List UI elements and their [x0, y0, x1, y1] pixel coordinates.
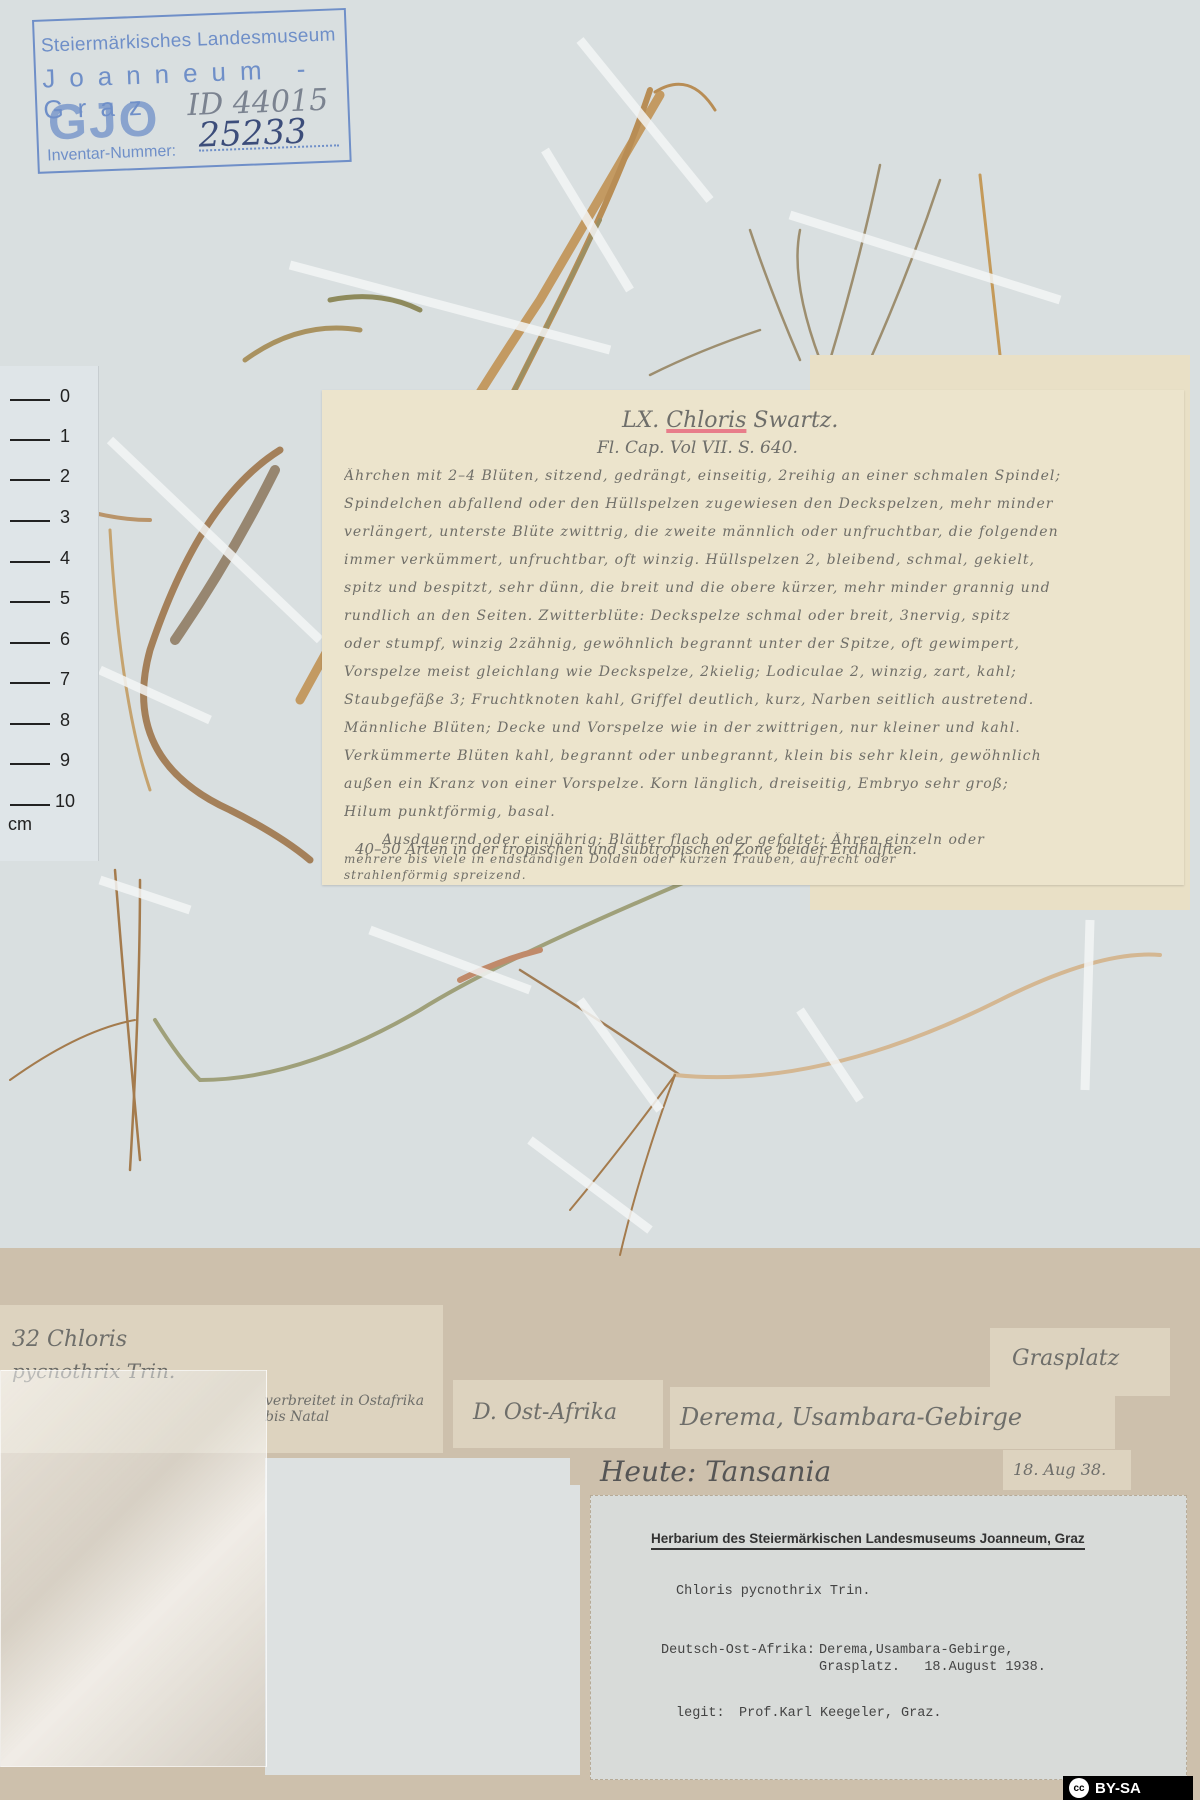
ruler-label: 6	[60, 629, 70, 650]
description-line: Vorspelze meist gleichlang wie Deckspelz…	[344, 664, 1164, 680]
description-line: strahlenförmig spreizend.	[344, 868, 1164, 882]
ruler-tick	[10, 399, 50, 401]
ruler-label: 9	[60, 750, 70, 771]
stamp-institution: Steiermärkisches Landesmuseum	[41, 24, 337, 57]
herbarium-header: Herbarium des Steiermärkischen Landesmus…	[651, 1531, 1085, 1550]
genus-number: LX.	[622, 408, 659, 433]
old-distribution-note: verbreitet in Ostafrika bis Natal	[265, 1393, 435, 1425]
date-text: 18. Aug 38.	[1013, 1460, 1106, 1479]
ruler-label: 4	[60, 548, 70, 569]
genus-title: LX. Chloris Swartz.	[622, 408, 838, 433]
ruler-label: 8	[60, 710, 70, 731]
ruler-tick	[10, 642, 50, 644]
ruler-tick	[10, 479, 50, 481]
ruler-tick	[10, 723, 50, 725]
date-label: 18. Aug 38.	[1003, 1450, 1131, 1490]
genus-reference: Fl. Cap. Vol VII. S. 640.	[597, 438, 798, 458]
old-species-number: 32 Chloris	[12, 1327, 127, 1352]
ruler-label: 5	[60, 588, 70, 609]
description-line: Ährchen mit 2–4 Blüten, sitzend, gedräng…	[344, 468, 1164, 484]
description-line: spitz und bespitzt, sehr dünn, die breit…	[344, 580, 1164, 596]
cc-icon: cc	[1069, 1778, 1089, 1798]
region-label: D. Ost-Afrika	[453, 1380, 663, 1448]
paper-slip	[265, 1458, 570, 1488]
description-line: Spindelchen abfallend oder den Hüllspelz…	[344, 496, 1164, 512]
ruler-label: 10	[55, 791, 75, 812]
seed-packet-bag	[0, 1370, 267, 1767]
genus-author: Swartz.	[753, 408, 838, 433]
genus-name: Chloris	[666, 408, 746, 433]
ruler-unit: cm	[8, 814, 32, 835]
ruler-tick	[10, 561, 50, 563]
license-text: BY-SA	[1095, 1780, 1141, 1797]
ruler-tick	[10, 682, 50, 684]
ruler-tick	[10, 601, 50, 603]
locality-line-1: Derema,Usambara-Gebirge,	[819, 1643, 1013, 1658]
locality-text: Derema, Usambara-Gebirge	[680, 1403, 1022, 1431]
ruler-label: 3	[60, 507, 70, 528]
museum-stamp: Steiermärkisches Landesmuseum Joanneum -…	[32, 8, 352, 174]
inventory-label: Inventar-Nummer:	[47, 143, 177, 166]
description-line: Hilum punktförmig, basal.	[344, 804, 1164, 820]
license-badge: cc BY-SA	[1063, 1776, 1193, 1800]
gjo-logo: GJO	[47, 89, 161, 151]
description-line: verlängert, unterste Blüte zwittrig, die…	[344, 524, 1164, 540]
country-label: Deutsch-Ost-Afrika:	[661, 1643, 815, 1658]
species-name: Chloris pycnothrix Trin.	[676, 1584, 870, 1599]
species-count-line: 40–50 Arten in der tropischen und subtro…	[355, 840, 1175, 858]
ruler-tick	[10, 763, 50, 765]
ruler-tick	[10, 439, 50, 441]
present-day-country: Heute: Tansania	[600, 1455, 831, 1488]
ruler-tick	[10, 804, 50, 806]
genus-description-label: LX. Chloris Swartz. Fl. Cap. Vol VII. S.…	[322, 390, 1184, 885]
ruler-label: 7	[60, 669, 70, 690]
blank-envelope	[265, 1485, 580, 1775]
collector-name: Prof.Karl Keegeler, Graz.	[739, 1706, 942, 1721]
herbarium-label: Herbarium des Steiermärkischen Landesmus…	[590, 1495, 1187, 1780]
habitat-label: Grasplatz	[990, 1328, 1170, 1396]
locality-line-2: Grasplatz. 18.August 1938.	[819, 1660, 1046, 1675]
habitat-text: Grasplatz	[1012, 1346, 1119, 1371]
description-line: Verkümmerte Blüten kahl, begrannt oder u…	[344, 748, 1164, 764]
ruler-tick	[10, 520, 50, 522]
collector-label: legit:	[676, 1706, 725, 1721]
ruler-label: 2	[60, 466, 70, 487]
ruler-label: 0	[60, 386, 70, 407]
description-line: Männliche Blüten; Decke und Vorspelze wi…	[344, 720, 1164, 736]
ruler-label: 1	[60, 426, 70, 447]
description-line: rundlich an den Seiten. Zwitterblüte: De…	[344, 608, 1164, 624]
description-line: außen ein Kranz von einer Vorspelze. Kor…	[344, 776, 1164, 792]
description-line: immer verkümmert, unfruchtbar, oft winzi…	[344, 552, 1164, 568]
cm-scale-ruler: 0 1 2 3 4 5 6 7 8 9 10 cm	[0, 366, 99, 861]
region-text: D. Ost-Afrika	[473, 1400, 617, 1425]
locality-label: Derema, Usambara-Gebirge	[670, 1387, 1115, 1449]
description-line: oder stumpf, winzig 2zähnig, gewöhnlich …	[344, 636, 1164, 652]
description-line: Staubgefäße 3; Fruchtknoten kahl, Griffe…	[344, 692, 1164, 708]
